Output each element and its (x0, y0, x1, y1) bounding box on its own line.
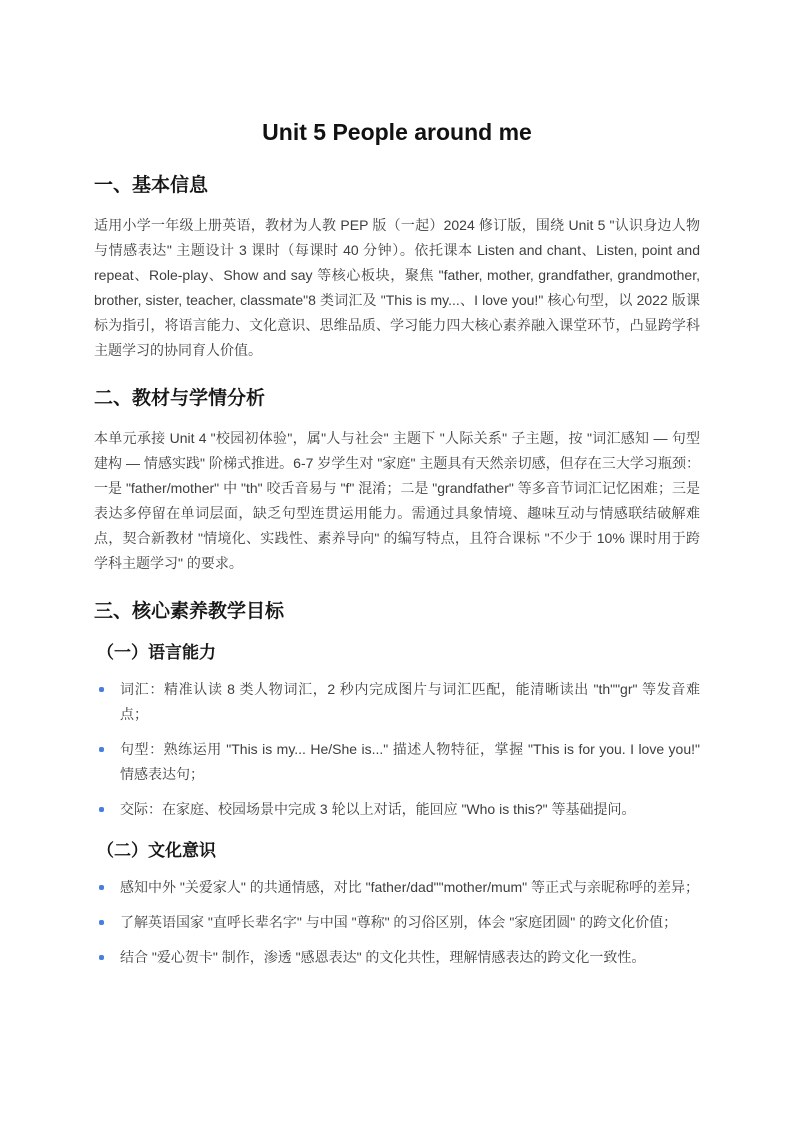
list-item: 词汇：精准认读 8 类人物词汇，2 秒内完成图片与词汇匹配，能清晰读出 "th"… (94, 677, 700, 727)
document-title: Unit 5 People around me (94, 118, 700, 146)
paragraph-material-analysis: 本单元承接 Unit 4 "校园初体验"，属"人与社会" 主题下 "人际关系" … (94, 426, 700, 576)
list-item-text: 了解英语国家 "直呼长辈名字" 与中国 "尊称" 的习俗区别，体会 "家庭团圆"… (120, 914, 677, 930)
document-page: Unit 5 People around me 一、基本信息 适用小学一年级上册… (0, 0, 794, 1123)
bullet-list-language-ability: 词汇：精准认读 8 类人物词汇，2 秒内完成图片与词汇匹配，能清晰读出 "th"… (94, 677, 700, 822)
list-item: 交际：在家庭、校园场景中完成 3 轮以上对话，能回应 "Who is this?… (94, 797, 700, 822)
section-heading-material-analysis: 二、教材与学情分析 (94, 387, 700, 411)
paragraph-basic-info: 适用小学一年级上册英语，教材为人教 PEP 版（一起）2024 修订版，围绕 U… (94, 213, 700, 363)
bullet-icon (99, 687, 104, 692)
list-item-text: 感知中外 "关爱家人" 的共通情感，对比 "father/dad""mother… (120, 879, 699, 895)
bullet-icon (99, 955, 104, 960)
bullet-icon (99, 807, 104, 812)
list-item-text: 结合 "爱心贺卡" 制作，渗透 "感恩表达" 的文化共性，理解情感表达的跨文化一… (120, 949, 645, 965)
list-item-text: 交际：在家庭、校园场景中完成 3 轮以上对话，能回应 "Who is this?… (120, 801, 636, 817)
subsection-heading-cultural-awareness: （二）文化意识 (94, 840, 700, 862)
bullet-icon (99, 747, 104, 752)
bullet-icon (99, 920, 104, 925)
list-item-text: 词汇：精准认读 8 类人物词汇，2 秒内完成图片与词汇匹配，能清晰读出 "th"… (120, 681, 700, 722)
section-heading-basic-info: 一、基本信息 (94, 174, 700, 198)
list-item: 结合 "爱心贺卡" 制作，渗透 "感恩表达" 的文化共性，理解情感表达的跨文化一… (94, 945, 700, 970)
bullet-icon (99, 885, 104, 890)
list-item: 了解英语国家 "直呼长辈名字" 与中国 "尊称" 的习俗区别，体会 "家庭团圆"… (94, 910, 700, 935)
list-item-text: 句型：熟练运用 "This is my... He/She is..." 描述人… (120, 741, 700, 782)
section-heading-teaching-objectives: 三、核心素养教学目标 (94, 600, 700, 624)
subsection-heading-language-ability: （一）语言能力 (94, 642, 700, 664)
list-item: 句型：熟练运用 "This is my... He/She is..." 描述人… (94, 737, 700, 787)
bullet-list-cultural-awareness: 感知中外 "关爱家人" 的共通情感，对比 "father/dad""mother… (94, 875, 700, 970)
list-item: 感知中外 "关爱家人" 的共通情感，对比 "father/dad""mother… (94, 875, 700, 900)
